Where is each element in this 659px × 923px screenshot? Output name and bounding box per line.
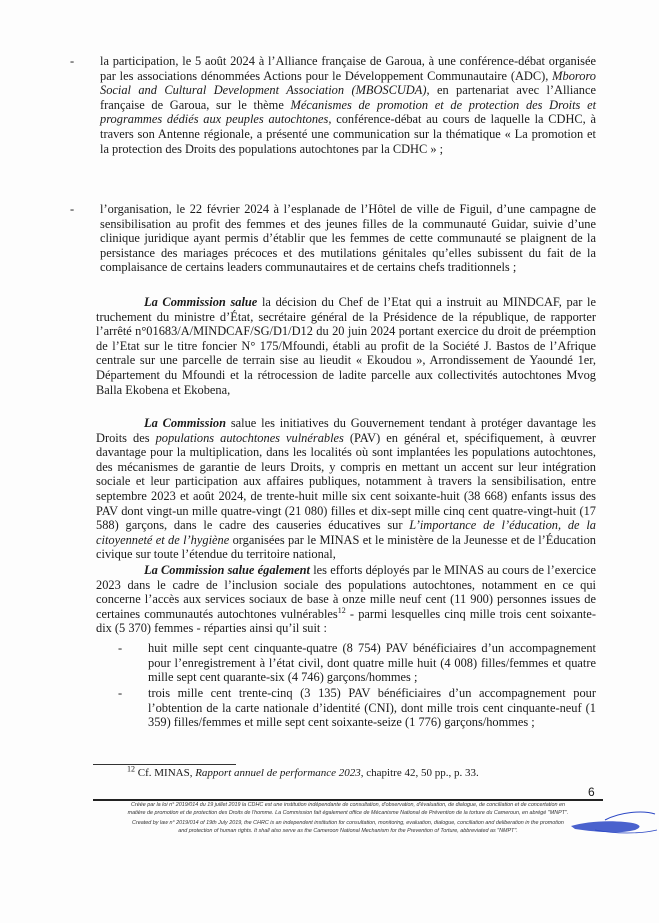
paragraph-text: La Commission salue également les effort… xyxy=(96,563,596,636)
bullet-text: trois mille cent trente-cinq (3 135) PAV… xyxy=(148,686,596,730)
bullet-text: la participation, le 5 août 2024 à l’All… xyxy=(100,54,596,156)
footnote: 12 Cf. MINAS, Rapport annuel de performa… xyxy=(127,767,479,779)
text-run: 12 xyxy=(338,606,346,615)
footnote-separator xyxy=(93,764,236,765)
paragraph-text: La Commission salue les initiatives du G… xyxy=(96,416,596,562)
bullet-cni: - trois mille cent trente-cinq (3 135) P… xyxy=(148,686,596,730)
bullet-text: l’organisation, le 22 février 2024 à l’e… xyxy=(100,202,596,275)
text-run: La Commission xyxy=(144,416,226,430)
text-run: (PAV) en général et, spécifiquement, à œ… xyxy=(96,431,596,533)
bullet-dash: - xyxy=(70,54,74,69)
text-run: La Commission salue xyxy=(144,295,257,309)
text-run: La Commission salue également xyxy=(144,563,310,577)
footer-english: Created by law n° 2019/014 of 19th July … xyxy=(93,820,603,835)
footnote-number: 12 xyxy=(127,764,135,773)
bullet-text: huit mille sept cent cinquante-quatre (8… xyxy=(148,641,596,685)
text-run: huit mille sept cent cinquante-quatre (8… xyxy=(148,641,596,684)
paragraph-commission-initiatives-gouvernement: La Commission salue les initiatives du G… xyxy=(96,416,596,562)
footer-en-line-2: and protection of human rights. It shall… xyxy=(93,828,603,836)
bullet-campagne-figuil: - l’organisation, le 22 février 2024 à l… xyxy=(100,202,596,275)
signature-initials-icon xyxy=(565,808,659,836)
text-run: la participation, le 5 août 2024 à l’All… xyxy=(100,54,596,83)
footnote-suffix: , chapitre 42, 50 pp., p. 33. xyxy=(361,767,479,779)
document-page: - la participation, le 5 août 2024 à l’A… xyxy=(0,0,659,923)
footer-french: Créée par la loi n° 2019/014 du 19 juill… xyxy=(93,802,603,817)
bullet-dash: - xyxy=(70,202,74,217)
paragraph-commission-efforts-minas: La Commission salue également les effort… xyxy=(96,563,596,636)
bullet-conference-garoua: - la participation, le 5 août 2024 à l’A… xyxy=(100,54,596,156)
bullet-etat-civil: - huit mille sept cent cinquante-quatre … xyxy=(148,641,596,685)
footer-fr-line-1: Créée par la loi n° 2019/014 du 19 juill… xyxy=(93,802,603,810)
footer-separator xyxy=(93,799,603,801)
footnote-title: Rapport annuel de performance 2023 xyxy=(195,767,361,779)
footer-en-line-1: Created by law n° 2019/014 of 19th July … xyxy=(93,820,603,828)
text-run: trois mille cent trente-cinq (3 135) PAV… xyxy=(148,686,596,729)
bullet-dash: - xyxy=(118,686,122,701)
page-number: 6 xyxy=(588,785,595,799)
text-run: l’organisation, le 22 février 2024 à l’e… xyxy=(100,202,596,274)
text-run: populations autochtones vulnérables xyxy=(156,431,344,445)
paragraph-text: La Commission salue la décision du Chef … xyxy=(96,295,596,397)
bullet-dash: - xyxy=(118,641,122,656)
footer-fr-line-2: matière de promotion et de protection de… xyxy=(93,810,603,818)
paragraph-commission-salue-mindcaf: La Commission salue la décision du Chef … xyxy=(96,295,596,397)
footnote-prefix: Cf. MINAS, xyxy=(135,767,195,779)
text-run: la décision du Chef de l’Etat qui a inst… xyxy=(96,295,596,397)
